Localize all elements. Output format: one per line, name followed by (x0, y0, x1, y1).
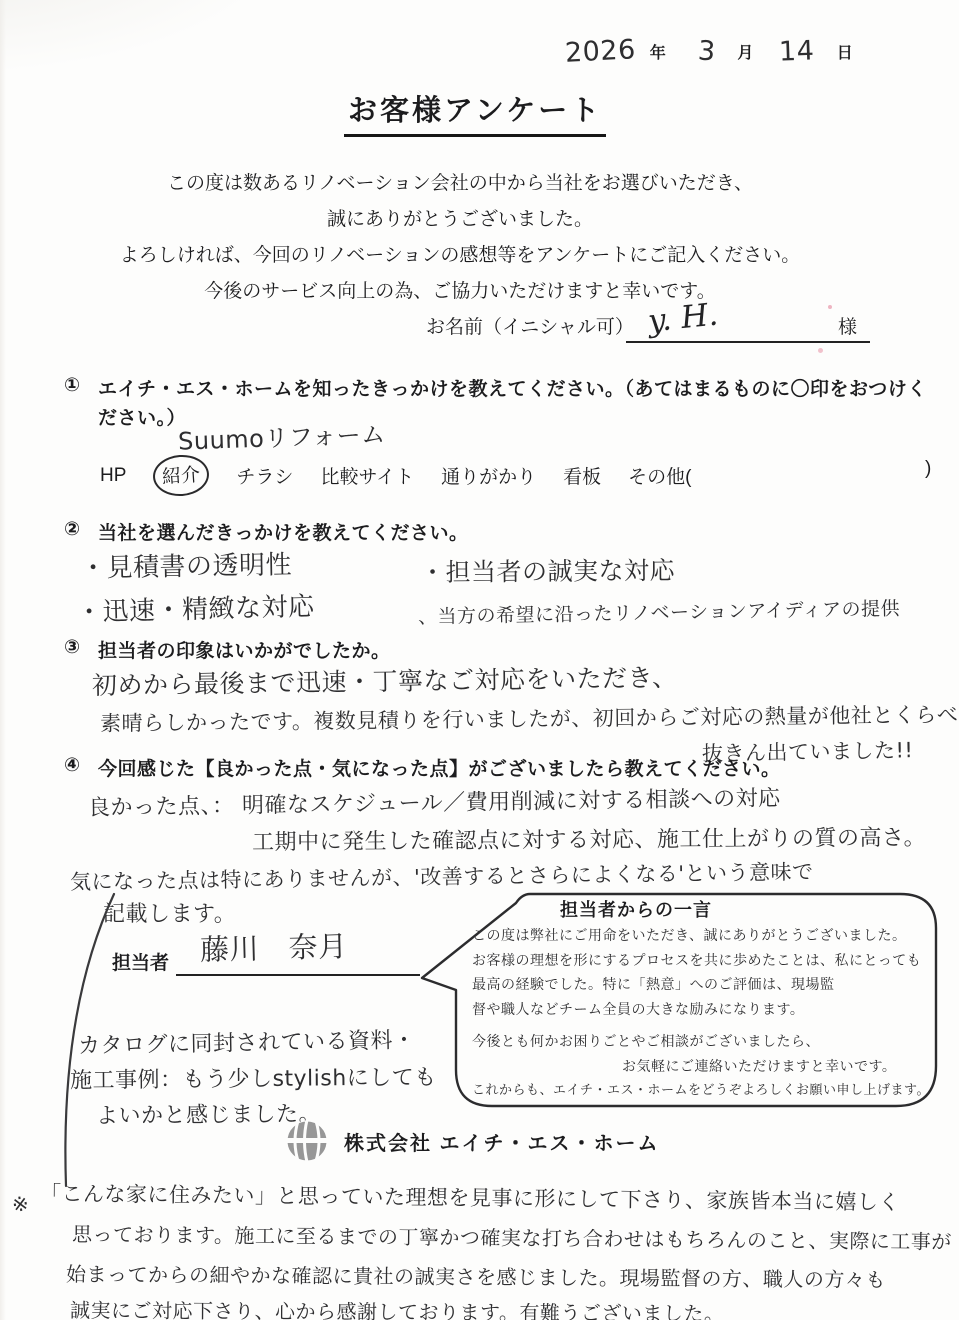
date-line: 2026 年 3 月 14 日 (565, 36, 853, 67)
bubble-line: 今後とも何かお困りごとやご相談がございましたら、 (472, 1030, 922, 1055)
footer-note-line: 誠実にご対応下さり、心から感謝しております。有難うございました。 (70, 1294, 725, 1320)
company-name: 株式会社 エイチ・エス・ホーム (344, 1127, 660, 1156)
q1-number: ① (64, 374, 81, 397)
page-title: お客様アンケート (344, 88, 606, 137)
name-signature: y. H. (646, 296, 719, 339)
q1-option-shokai-circled: 紹介 (152, 453, 211, 498)
bubble-body: この度は弊社にご用命をいただき、誠にありがとうございました。 お客様の理想を形に… (472, 924, 922, 1104)
q1-other-close-paren: ) (925, 458, 931, 480)
name-underline (626, 341, 870, 343)
bubble-line: この度は弊社にご用命をいただき、誠にありがとうございました。 (472, 924, 922, 949)
bubble-line: 最高の経験でした。特に「熱意」へのご評価は、現場監 (472, 973, 922, 998)
q2-number: ② (64, 518, 81, 541)
q1-handwritten-annotation: Suumoリフォーム (177, 414, 386, 456)
date-month-value: 3 (697, 35, 717, 67)
q1-option-hp: HP (100, 465, 126, 487)
q2-answer: ・見積書の透明性 (80, 544, 293, 585)
bubble-line: 督や職人などチーム全員の大きな励みになります。 (472, 998, 922, 1023)
footer-note-marker: ※ (10, 1191, 30, 1217)
staff-underline (176, 974, 420, 976)
scan-artifact (828, 305, 832, 309)
q3-answer-line: 初めから最後まで迅速・丁寧なご対応をいただき、 (92, 658, 678, 702)
name-honorific: 様 (838, 312, 857, 339)
q2-text: 当社を選んだきっかけを教えてください。 (98, 518, 469, 545)
date-day-label: 日 (837, 40, 853, 67)
q1-text-line1: エイチ・エス・ホームを知ったきっかけを教えてください。（あてはまるものに〇印をお… (98, 374, 927, 401)
globe-logo-icon (284, 1118, 330, 1164)
footer-note-line: 思っております。施工に至るまでの丁寧かつ確実な打ち合わせはもちろんのこと、実際に… (72, 1218, 952, 1255)
q1-option-chirashi: チラシ (236, 462, 293, 489)
q1-option-hikaku-site: 比較サイト (320, 462, 414, 489)
q3-number: ③ (64, 636, 81, 659)
q1-options-row: HP 紹介 チラシ 比較サイト 通りがかり 看板 その他( (100, 455, 691, 496)
scan-artifact (818, 348, 823, 353)
q3-answer-line: 素晴らしかったです。複数見積りを行いましたが、初回からご対応の熱量が他社とくらべ… (100, 698, 959, 737)
bubble-title: 担当者からの一言 (560, 896, 712, 922)
intro-line: 今後のサービス向上の為、ご協力いただけますと幸いです。 (0, 274, 920, 310)
footer-note-line: 始まってからの細やかな確認に貴社の誠実さを感じました。現場監督の方、職人の方々も (66, 1258, 886, 1293)
date-year-label: 年 (650, 40, 666, 67)
q2-answer: ・迅速・精緻な対応 (76, 586, 315, 629)
company-row: 株式会社 エイチ・エス・ホーム (284, 1118, 660, 1164)
intro-line: 誠にありがとうございました。 (0, 202, 920, 238)
scanned-survey-page: 2026 年 3 月 14 日 お客様アンケート この度は数あるリノベーション会… (0, 0, 959, 1320)
side-note-line: カタログに同封されている資料・ (78, 1023, 416, 1060)
bubble-line: お気軽にご連絡いただけますと幸いです。 (472, 1055, 922, 1080)
date-year-value: 2026 (564, 34, 636, 69)
q4-text: 今回感じた【良かった点・気になった点】がございましたら教えてください。 (98, 754, 781, 781)
side-note-line: 施工事例：もう少しstylishにしても (70, 1060, 437, 1094)
q1-option-torigakari: 通りがかり (441, 462, 536, 489)
q1-option-kanban: 看板 (563, 462, 601, 489)
q4-answer-line: 工期中に発生した確認点に対する対応、施工仕上がりの質の高さ。 (252, 821, 926, 857)
q4-answer-line: 良かった点、： 明確なスケジュール／費用削減に対する相談への対応 (88, 781, 781, 822)
footer-note-line: 「こんな家に住みたい」と思っていた理想を見事に形にして下さり、家族皆本当に嬉しく (40, 1177, 900, 1216)
q2-answer: 、当方の希望に沿ったリノベーションアイディアの提供 (418, 594, 900, 629)
staff-name-handwritten: 藤川 奈月 (199, 924, 348, 969)
q2-answer: ・担当者の誠実な対応 (420, 551, 675, 589)
date-month-label: 月 (737, 40, 753, 67)
q1-option-other: その他( (628, 462, 691, 489)
q4-number: ④ (64, 754, 81, 777)
bubble-line: お客様の理想を形にするプロセスを共に歩めたことは、私にとっても (472, 949, 922, 974)
q3-text: 担当者の印象はいかがでしたか。 (98, 636, 391, 663)
bubble-line: これからも、エイチ・エス・ホームをどうぞよろしくお願い申し上げます。 (472, 1079, 922, 1104)
intro-paragraph: この度は数あるリノベーション会社の中から当社をお選びいただき、 誠にありがとうご… (0, 166, 920, 310)
intro-line: よろしければ、今回のリノベーションの感想等をアンケートにご記入ください。 (0, 238, 920, 274)
q1-text-line2: ださい。） (98, 403, 186, 430)
intro-line: この度は数あるリノベーション会社の中から当社をお選びいただき、 (0, 166, 920, 202)
name-field-label: お名前（イニシャル可） (426, 312, 634, 339)
date-day-value: 14 (779, 35, 815, 67)
